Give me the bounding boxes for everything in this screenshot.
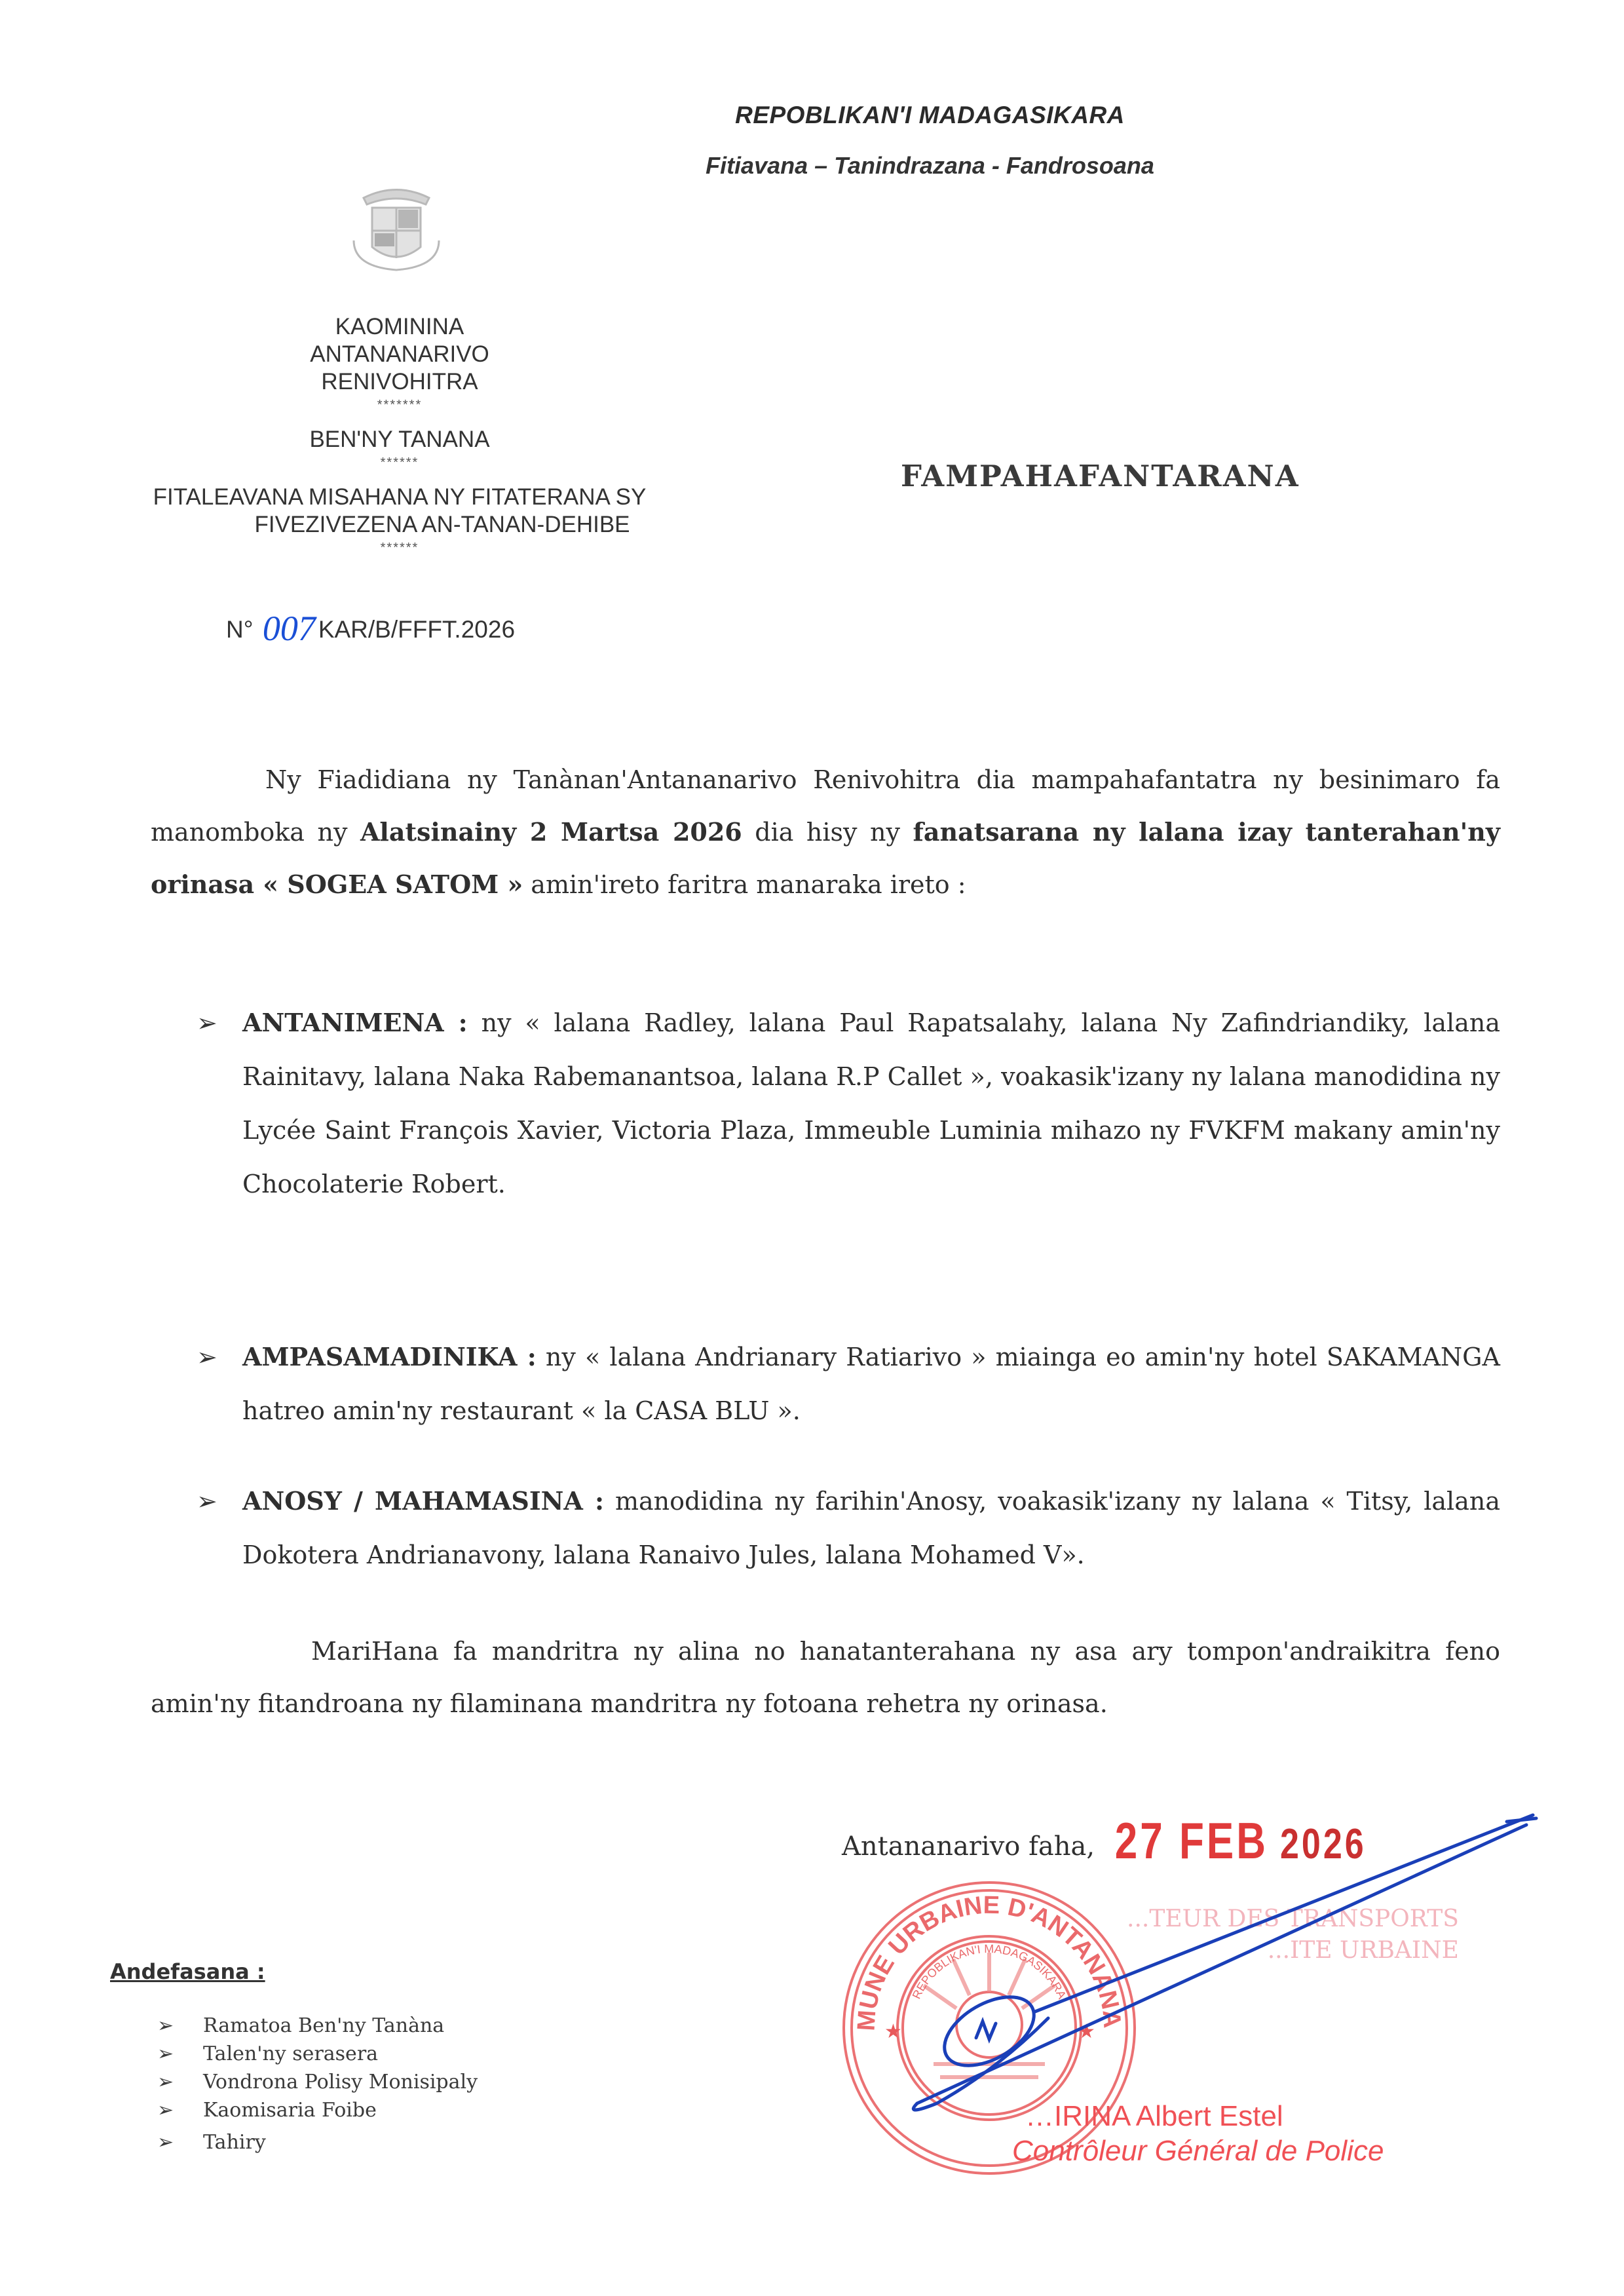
reference-number: N° 007KAR/B/FFFT.2026 — [226, 608, 515, 649]
reference-prefix: N° — [226, 616, 254, 643]
distribution-item: ➢Talen'ny serasera — [157, 2040, 478, 2068]
arrow-bullet-icon: ➢ — [157, 2068, 203, 2096]
closing-paragraph: MariHana fa mandritra ny alina no hanata… — [151, 1625, 1500, 1730]
intro-text: dia hisy ny — [742, 818, 913, 847]
separator: ****** — [92, 453, 708, 472]
distribution-item: ➢Tahiry — [157, 2128, 478, 2156]
distribution-title: Andefasana : — [110, 1959, 265, 1984]
org-line: ANTANANARIVO — [92, 341, 708, 368]
start-date: Alatsinainy 2 Martsa 2026 — [360, 817, 742, 847]
signatory-name: …IRINA Albert Estel — [1025, 2100, 1283, 2133]
reference-suffix: KAR/B/FFFT.2026 — [318, 616, 515, 643]
arrow-bullet-icon: ➢ — [197, 1474, 217, 1528]
distribution-item: ➢Ramatoa Ben'ny Tanàna — [157, 2012, 478, 2040]
intro-text: amin'ireto faritra manaraka ireto : — [523, 870, 966, 899]
org-line: KAOMININA — [92, 313, 708, 341]
document-title: FAMPAHAFANTARANA — [901, 459, 1300, 493]
zone-item: ➢ ANOSY / MAHAMASINA : manodidina ny far… — [197, 1474, 1500, 1582]
zone-item: ➢ ANTANIMENA : ny « lalana Radley, lalan… — [197, 996, 1500, 1211]
org-line: RENIVOHITRA — [92, 368, 708, 396]
distribution-item: ➢Kaomisaria Foibe — [157, 2096, 478, 2124]
intro-paragraph: Ny Fiadidiana ny Tanànan'Antananarivo Re… — [151, 754, 1500, 911]
zone-name: AMPASAMADINIKA : — [242, 1342, 537, 1371]
arrow-bullet-icon: ➢ — [197, 996, 217, 1050]
arrow-bullet-icon: ➢ — [197, 1330, 217, 1384]
signatory-title: Contrôleur Général de Police — [1012, 2135, 1384, 2168]
arrow-bullet-icon: ➢ — [157, 2096, 203, 2124]
zone-item: ➢ AMPASAMADINIKA : ny « lalana Andrianar… — [197, 1330, 1500, 1438]
republic-motto: Fitiavana – Tanindrazana - Fandrosoana — [0, 152, 1624, 180]
arrow-bullet-icon: ➢ — [157, 2040, 203, 2068]
city-coat-of-arms-icon — [341, 178, 452, 277]
closing-text: MariHana fa mandritra ny alina no hanata… — [151, 1625, 1500, 1730]
distribution-item: ➢Vondrona Polisy Monisipaly — [157, 2068, 478, 2096]
org-line: FIVEZIVEZENA AN-TANAN-DEHIBE — [92, 511, 708, 539]
arrow-bullet-icon: ➢ — [157, 2012, 203, 2040]
republic-title: REPOBLIKAN'I MADAGASIKARA — [0, 102, 1624, 129]
separator: ****** — [92, 539, 708, 557]
issuing-authority: KAOMININA ANTANANARIVO RENIVOHITRA *****… — [92, 313, 708, 557]
handwritten-number: 007 — [263, 609, 316, 648]
arrow-bullet-icon: ➢ — [157, 2128, 203, 2156]
zone-name: ANTANIMENA : — [242, 1008, 468, 1037]
distribution-list: ➢Ramatoa Ben'ny Tanàna ➢Talen'ny seraser… — [157, 2012, 478, 2156]
zone-name: ANOSY / MAHAMASINA : — [242, 1486, 604, 1516]
separator: ******* — [92, 396, 708, 414]
org-line: BEN'NY TANANA — [92, 426, 708, 453]
org-line: FITALEAVANA MISAHANA NY FITATERANA SY — [92, 484, 708, 511]
